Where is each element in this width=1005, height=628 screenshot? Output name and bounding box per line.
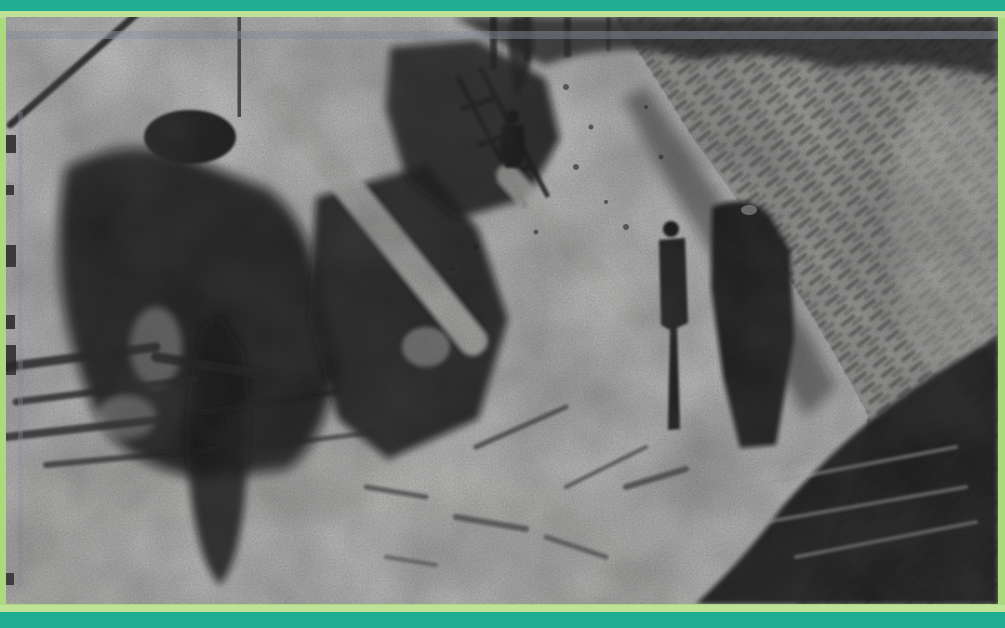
page: { "photo": { "alt": "Grainy black-and-wh… [0, 0, 1005, 628]
bottom-leaf-border [0, 605, 1005, 612]
bottom-teal-bar [0, 612, 1005, 628]
film-grain [6, 17, 998, 604]
top-teal-bar [0, 0, 1005, 11]
wreck-photo-scene [6, 17, 998, 604]
wreck-photograph [6, 17, 998, 604]
